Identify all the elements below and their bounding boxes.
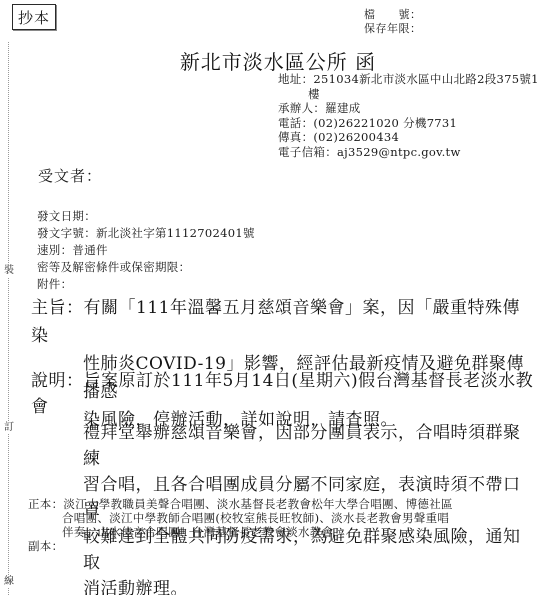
original-copy-recipients: 正本：淡江大學教職員美聲合唱團、淡水基督長老教會松年大學合唱團、博德社區合唱團、…: [28, 497, 453, 540]
recipient-label: 受文者：: [38, 165, 102, 186]
document-meta-block-line: 密等及解密條件或保密期限：: [37, 259, 255, 276]
agency-contact-block-line: 傳真：(02)26200434: [278, 130, 539, 145]
document-meta-block-line: 附件：: [37, 276, 255, 293]
copy-stamp: 抄本: [12, 4, 56, 30]
agency-contact-block-line: 樓: [278, 87, 539, 102]
file-number-block: 檔 號： 保存年限：: [364, 8, 422, 35]
agency-contact-block-line: 電話：(02)26221020 分機7731: [278, 116, 539, 131]
description-paragraph-line: 禮拜堂舉辦慈頌音樂會，因部分團員表示，合唱時須群聚練: [31, 420, 535, 472]
binding-mark-xian: 線: [2, 575, 16, 588]
document-meta-block-line: 發文日期：: [37, 208, 255, 225]
original-copy-recipients-line: 正本：淡江大學教職員美聲合唱團、淡水基督長老教會松年大學合唱團、博德社區: [28, 497, 453, 511]
original-copy-recipients-line: 合唱團、淡江中學教師合唱團(校牧室熊長旺牧師)、淡水長老教會男聲重唱: [28, 511, 453, 525]
file-number-label: 檔 號：: [364, 8, 422, 22]
retention-period-label: 保存年限：: [364, 22, 422, 36]
description-paragraph-line: 消活動辦理。: [31, 576, 535, 595]
document-title: 新北市淡水區公所 函: [0, 46, 556, 75]
document-meta-block-line: 速別：普通件: [37, 242, 255, 259]
agency-contact-block-line: 承辦人：羅建成: [278, 101, 539, 116]
description-paragraph-line: 說明：旨案原訂於111年5月14日(星期六)假台灣基督長老淡水教會: [31, 368, 535, 420]
binding-mark-ding: 訂: [2, 421, 16, 434]
document-meta-block-line: 發文字號：新北淡社字第1112702401號: [37, 225, 255, 242]
carbon-copy-label: 副本：: [28, 539, 453, 553]
document-meta-block: 發文日期：發文字號：新北淡社字第1112702401號速別：普通件密等及解密條件…: [37, 208, 255, 293]
subject-paragraph-line: 主旨：有關「111年溫馨五月慈頌音樂會」案，因「嚴重特殊傳染: [31, 294, 535, 350]
distribution-block: 正本：淡江大學教職員美聲合唱團、淡水基督長老教會松年大學合唱團、博德社區合唱團、…: [28, 497, 453, 553]
original-copy-recipients-line: 伴奏、山水佳音合唱團、台灣基督長老教會淡水教會: [28, 525, 453, 539]
agency-contact-block: 地址：251034新北市淡水區中山北路2段375號1樓承辦人：羅建成電話：(02…: [278, 72, 539, 160]
agency-contact-block-line: 電子信箱：aj3529@ntpc.gov.tw: [278, 145, 539, 160]
agency-contact-block-line: 地址：251034新北市淡水區中山北路2段375號1: [278, 72, 539, 87]
description-paragraph: 說明：旨案原訂於111年5月14日(星期六)假台灣基督長老淡水教會禮拜堂舉辦慈頌…: [31, 368, 535, 595]
official-letter-page: 裝 訂 線 抄本 檔 號： 保存年限： 新北市淡水區公所 函 地址：251034…: [0, 0, 556, 595]
binding-mark-zhuang: 裝: [2, 264, 16, 277]
binding-dotted-line: [8, 42, 9, 595]
